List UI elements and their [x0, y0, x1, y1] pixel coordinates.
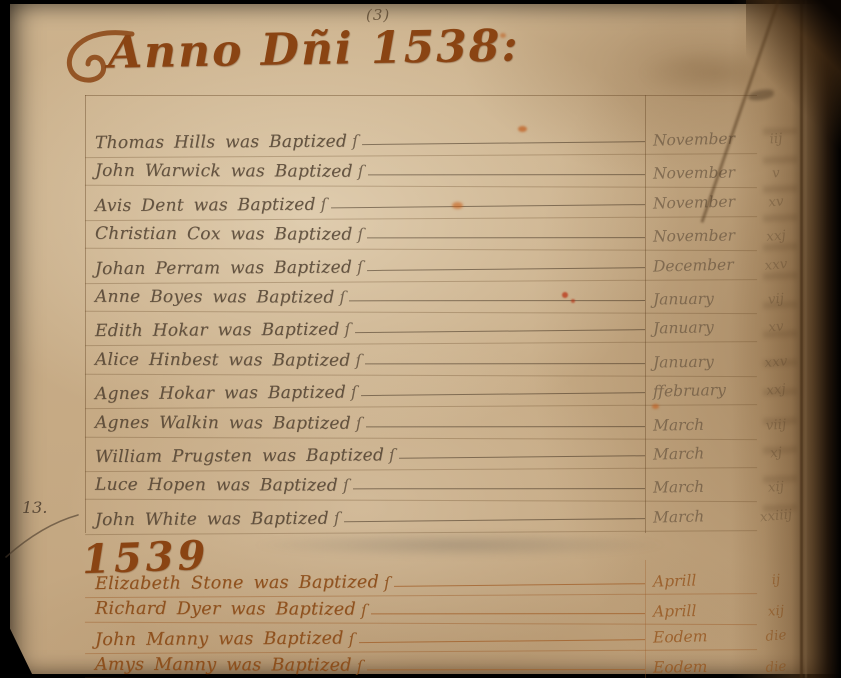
year-heading-1539: 1539 — [81, 532, 210, 583]
scribal-flourish: ſ — [389, 445, 395, 464]
scribal-flourish: ſ — [357, 257, 363, 276]
entry-text: Anne Boyes was Baptized — [85, 286, 335, 307]
entry-text: Alice Hinbest was Baptized — [85, 349, 351, 370]
hand-drawn-rule — [365, 363, 645, 364]
baptism-record-row: Thomas Hills was Baptizedſ November iij — [85, 123, 799, 159]
baptism-record-row: John Manny was Baptizedſ Eodem die — [85, 622, 799, 654]
hand-drawn-rule — [331, 204, 645, 208]
entry-text: Johan Perram was Baptized — [85, 257, 352, 279]
entry-text: John Manny was Baptized — [85, 629, 344, 651]
scribal-flourish: ſ — [345, 320, 351, 339]
baptism-record-row: Edith Hokar was Baptizedſ January xv — [85, 311, 799, 347]
baptism-record-row: Agnes Walkin was Baptizedſ March viij — [85, 406, 799, 440]
top-right-corner-shadow — [746, 0, 841, 150]
hand-drawn-rule — [362, 141, 645, 145]
entry-text: Avis Dent was Baptized — [85, 194, 316, 215]
baptism-record-row: William Prugsten was Baptizedſ March xj — [85, 437, 799, 473]
hand-drawn-rule — [353, 489, 645, 490]
scribal-flourish: ſ — [351, 383, 357, 402]
baptism-record-row: John Warwick was Baptizedſ November v — [85, 155, 799, 189]
entry-text: Edith Hokar was Baptized — [85, 320, 340, 342]
entry-text: John White was Baptized — [85, 508, 329, 529]
entry-text: Luce Hopen was Baptized — [85, 475, 338, 496]
scribal-flourish: ſ — [357, 656, 363, 675]
entry-text: Christian Cox was Baptized — [85, 224, 353, 245]
hand-drawn-rule — [368, 175, 645, 176]
entry-text: Agnes Hokar was Baptized — [85, 382, 346, 404]
scribal-flourish: ſ — [349, 629, 355, 648]
hand-drawn-rule — [367, 237, 645, 238]
baptism-record-row: Amys Manny was Baptizedſ Eodem die — [85, 651, 799, 678]
hand-drawn-rule — [394, 583, 645, 587]
scribal-flourish: ſ — [352, 132, 358, 151]
scribal-flourish: ſ — [356, 413, 362, 432]
scribal-flourish: ſ — [321, 195, 327, 214]
entry-text: John Warwick was Baptized — [85, 161, 353, 182]
baptism-record-row: Luce Hopen was Baptizedſ March xij — [85, 469, 799, 503]
hand-drawn-rule — [367, 267, 645, 271]
scribal-flourish: ſ — [358, 162, 364, 181]
hand-drawn-rule — [349, 300, 645, 301]
hand-drawn-rule — [399, 455, 645, 459]
baptism-record-row: Richard Dyer was Baptizedſ Aprill xij — [85, 595, 799, 625]
baptism-record-row: Christian Cox was Baptizedſ November xxj — [85, 218, 799, 252]
scribal-flourish: ſ — [340, 288, 346, 307]
hand-drawn-rule — [371, 613, 645, 614]
entry-text: Richard Dyer was Baptized — [85, 599, 356, 620]
baptism-record-row: John White was Baptizedſ March xxiiij — [85, 500, 799, 536]
baptism-record-row: Johan Perram was Baptizedſ December xxv — [85, 248, 799, 284]
hand-drawn-rule — [361, 392, 645, 396]
hand-drawn-rule — [344, 518, 645, 522]
page-title: Anno Dñi 1538: — [108, 20, 520, 78]
hand-drawn-rule — [359, 639, 645, 643]
scribal-flourish: ſ — [356, 351, 362, 370]
entry-text: Thomas Hills was Baptized — [85, 131, 347, 153]
scribal-flourish: ſ — [361, 600, 367, 619]
baptism-table-1539: Elizabeth Stone was Baptizedſ Aprill ij … — [85, 568, 799, 678]
scribal-flourish: ſ — [334, 508, 340, 527]
scribal-flourish: ſ — [357, 225, 363, 244]
entry-text: William Prugsten was Baptized — [85, 445, 384, 467]
scribal-flourish: ſ — [384, 573, 390, 592]
baptism-record-row: Agnes Hokar was Baptizedſ ffebruary xxj — [85, 374, 799, 410]
baptism-table-1538: Thomas Hills was Baptizedſ November iij … — [85, 125, 799, 533]
hand-drawn-rule — [367, 669, 645, 670]
margin-pen-stroke — [0, 505, 90, 565]
header-rule-line — [85, 95, 757, 96]
hand-drawn-rule — [355, 330, 645, 334]
hand-drawn-rule — [366, 426, 645, 427]
entry-text: Agnes Walkin was Baptized — [85, 412, 351, 433]
entry-text: Amys Manny was Baptized — [85, 655, 352, 676]
scribal-flourish: ſ — [343, 476, 349, 495]
baptism-record-row: Avis Dent was Baptizedſ November xv — [85, 186, 799, 222]
folio-number: (3) — [366, 6, 390, 24]
parish-register-page: (3) Anno Dñi 1538: Thomas Hills was Bapt… — [0, 0, 841, 678]
baptism-record-row: Alice Hinbest was Baptizedſ January xxv — [85, 343, 799, 377]
baptism-record-row: Anne Boyes was Baptizedſ January vij — [85, 281, 799, 315]
